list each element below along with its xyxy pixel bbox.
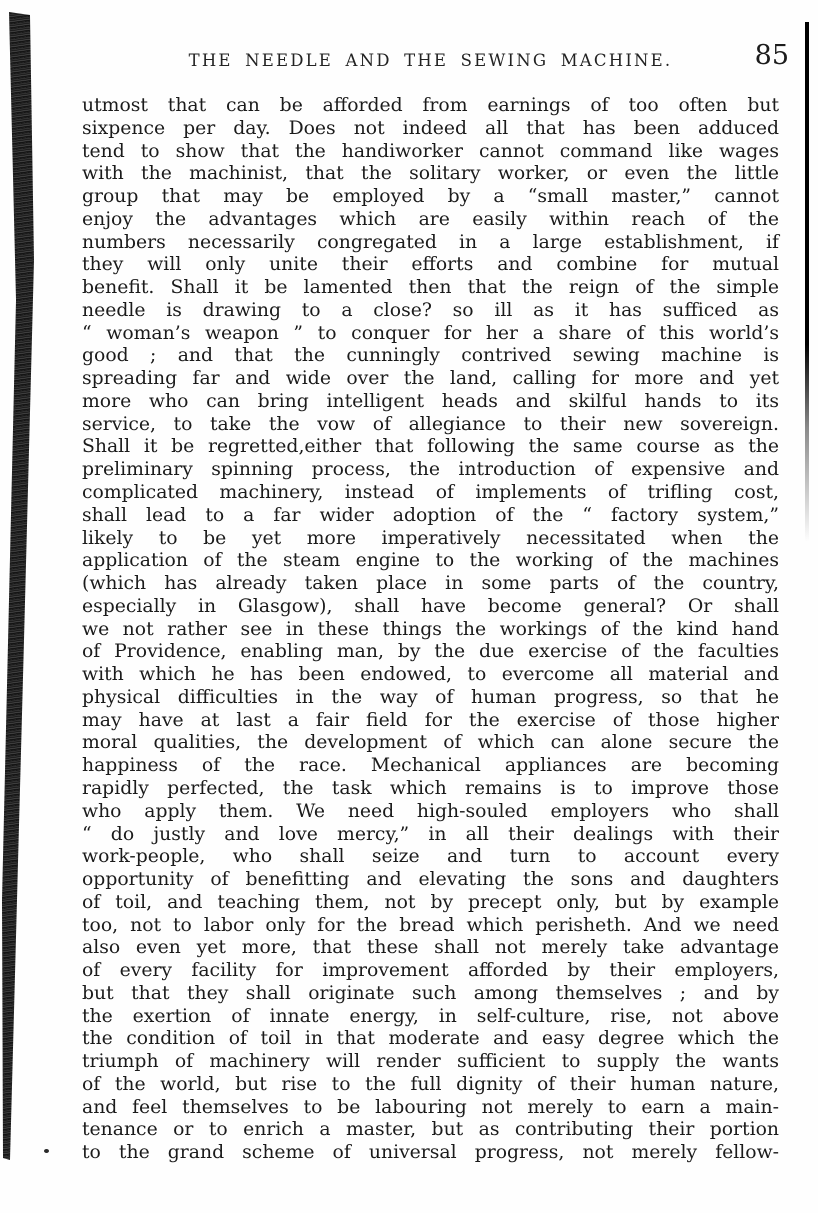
text-line: preliminary spinning process, the introd… (82, 459, 779, 482)
text-line: too, not to labor only for the bread whi… (82, 915, 779, 938)
text-line: and feel themselves to be labouring not … (82, 1097, 779, 1120)
text-line: “ do justly and love mercy,” in all thei… (82, 824, 779, 847)
text-line: (which has already taken place in some p… (82, 573, 779, 596)
text-line: they will only unite their efforts and c… (82, 254, 779, 277)
text-line: good ; and that the cunningly contrived … (82, 345, 779, 368)
text-line: of the world, but rise to the full digni… (82, 1074, 779, 1097)
page-number: 85 (743, 40, 789, 71)
text-line: opportunity of benefitting and elevating… (82, 869, 779, 892)
text-line: “ woman’s weapon ” to conquer for her a … (82, 323, 779, 346)
body-text: utmost that can be afforded from earning… (82, 95, 779, 1165)
text-line: utmost that can be afforded from earning… (82, 95, 779, 118)
text-line: tenance or to enrich a master, but as co… (82, 1119, 779, 1142)
text-line: numbers necessarily congregated in a lar… (82, 232, 779, 255)
stray-ink-dot (44, 1149, 49, 1153)
text-line: also even yet more, that these shall not… (82, 937, 779, 960)
text-line: the exertion of innate energy, in self-c… (82, 1006, 779, 1029)
binding-gutter-shadow (0, 0, 40, 1213)
text-line: triumph of machinery will render suffici… (82, 1051, 779, 1074)
text-line: of every facility for improvement afford… (82, 960, 779, 983)
text-line: of Providence, enabling man, by the due … (82, 641, 779, 664)
text-line: needle is drawing to a close? so ill as … (82, 300, 779, 323)
text-line: with the machinist, that the solitary wo… (82, 163, 779, 186)
text-line: shall lead to a far wider adoption of th… (82, 505, 779, 528)
text-line: work-people, who shall seize and turn to… (82, 846, 779, 869)
text-line: enjoy the advantages which are easily wi… (82, 209, 779, 232)
text-line: moral qualities, the development of whic… (82, 732, 779, 755)
text-line: tend to show that the handiworker cannot… (82, 141, 779, 164)
text-line: the condition of toil in that moderate a… (82, 1028, 779, 1051)
text-line: spreading far and wide over the land, ca… (82, 368, 779, 391)
text-line: but that they shall originate such among… (82, 983, 779, 1006)
text-line: benefit. Shall it be lamented then that … (82, 277, 779, 300)
running-title: THE NEEDLE AND THE SEWING MACHINE. (82, 51, 779, 70)
page-edge-line (805, 22, 809, 542)
book-page: THE NEEDLE AND THE SEWING MACHINE. 85 ut… (0, 0, 818, 1213)
text-line: who apply them. We need high-souled empl… (82, 801, 779, 824)
text-line: rapidly perfected, the task which remain… (82, 778, 779, 801)
text-line: complicated machinery, instead of implem… (82, 482, 779, 505)
text-line: of toil, and teaching them, not by prece… (82, 892, 779, 915)
text-line: may have at last a fair field for the ex… (82, 710, 779, 733)
text-line: we not rather see in these things the wo… (82, 619, 779, 642)
text-line: happiness of the race. Mechanical applia… (82, 755, 779, 778)
text-line: more who can bring intelligent heads and… (82, 391, 779, 414)
text-line: with which he has been endowed, to everc… (82, 664, 779, 687)
text-line: application of the steam engine to the w… (82, 550, 779, 573)
text-line: group that may be employed by a “small m… (82, 186, 779, 209)
text-line: Shall it be regretted‚either that follow… (82, 436, 779, 459)
text-line: sixpence per day. Does not indeed all th… (82, 118, 779, 141)
text-line: to the grand scheme of universal progres… (82, 1142, 779, 1165)
text-line: service, to take the vow of allegiance t… (82, 414, 779, 437)
text-line: physical difficulties in the way of huma… (82, 687, 779, 710)
text-line: likely to be yet more imperatively neces… (82, 528, 779, 551)
text-line: especially in Glasgow), shall have becom… (82, 596, 779, 619)
